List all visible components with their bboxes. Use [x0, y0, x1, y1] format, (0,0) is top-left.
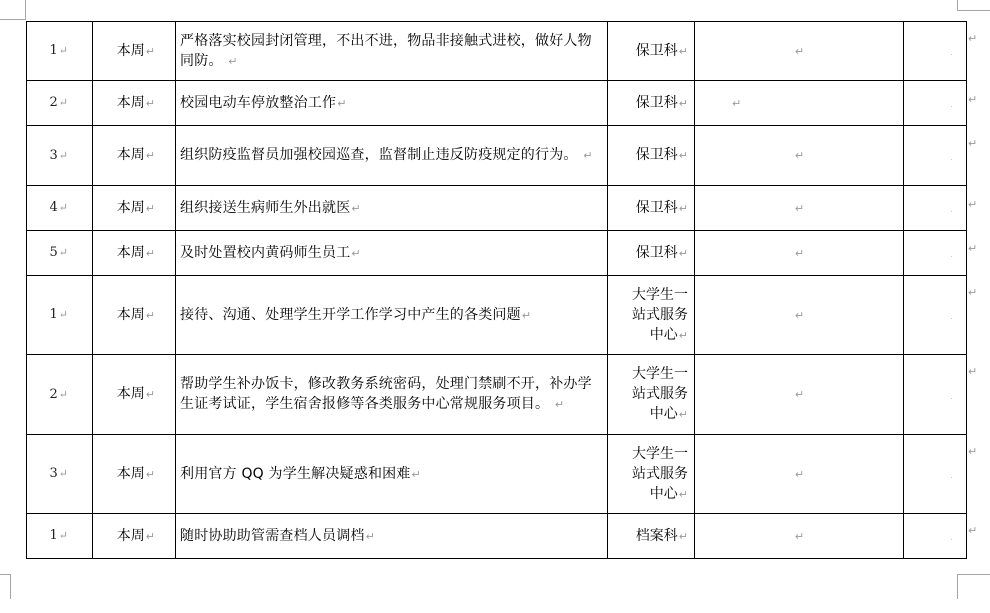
- paragraph-mark-icon: ↵: [795, 149, 804, 162]
- time-cell[interactable]: 本周↵: [93, 81, 176, 126]
- page-corner-mark-bottom-right: [957, 574, 990, 599]
- note-cell[interactable]: ↵: [695, 355, 904, 435]
- paragraph-mark-icon: ↵: [351, 202, 360, 215]
- row-end-mark-icon: ↵: [968, 524, 977, 537]
- table-row: 3↵ 本周↵ 利用官方 QQ 为学生解决疑惑和困难↵ 大学生一 站式服务 中心↵…: [27, 435, 967, 514]
- paragraph-mark-icon: ↵: [679, 408, 688, 421]
- task-cell[interactable]: 校园电动车停放整治工作↵: [176, 81, 608, 126]
- row-end-mark-icon: ↵: [968, 137, 977, 150]
- time-cell[interactable]: 本周↵: [93, 186, 176, 231]
- extra-cell[interactable]: [904, 186, 967, 231]
- paragraph-mark-icon: ↵: [412, 468, 421, 481]
- space-mark-icon: [951, 256, 952, 257]
- note-cell[interactable]: ↵: [695, 81, 904, 126]
- paragraph-mark-icon: ↵: [795, 530, 804, 543]
- row-end-mark-icon: ↵: [968, 365, 977, 378]
- task-cell[interactable]: 及时处置校内黄码师生员工↵: [176, 231, 608, 276]
- paragraph-mark-icon: ↵: [146, 97, 155, 110]
- paragraph-mark-icon: ↵: [59, 467, 68, 480]
- extra-cell[interactable]: [904, 276, 967, 355]
- extra-cell[interactable]: [904, 81, 967, 126]
- row-number-cell[interactable]: 2↵: [27, 81, 93, 126]
- space-mark-icon: [951, 398, 952, 399]
- paragraph-mark-icon: ↵: [146, 309, 155, 322]
- work-plan-table: 1↵ 本周↵ 严格落实校园封闭管理，不出不进，物品非接触式进校，做好人物同防。 …: [26, 21, 967, 559]
- row-end-mark-icon: ↵: [968, 32, 977, 45]
- page-corner-mark-bottom-left: [0, 574, 11, 599]
- row-number-cell[interactable]: 1↵: [27, 514, 93, 559]
- paragraph-mark-icon: ↵: [679, 149, 688, 162]
- department-cell[interactable]: 大学生一 站式服务 中心↵: [608, 355, 695, 435]
- row-number-cell[interactable]: 3↵: [27, 435, 93, 514]
- paragraph-mark-icon: ↵: [59, 44, 68, 57]
- paragraph-mark-icon: ↵: [59, 149, 68, 162]
- paragraph-mark-icon: ↵: [337, 97, 346, 110]
- time-cell[interactable]: 本周↵: [93, 22, 176, 81]
- row-end-mark-icon: ↵: [968, 93, 977, 106]
- row-end-mark-icon: ↵: [968, 445, 977, 458]
- paragraph-mark-icon: ↵: [59, 308, 68, 321]
- row-end-mark-icon: ↵: [968, 286, 977, 299]
- row-end-mark-icon: ↵: [968, 242, 977, 255]
- paragraph-mark-icon: ↵: [795, 388, 804, 401]
- task-cell[interactable]: 利用官方 QQ 为学生解决疑惑和困难↵: [176, 435, 608, 514]
- note-cell[interactable]: ↵: [695, 186, 904, 231]
- department-cell[interactable]: 大学生一 站式服务 中心↵: [608, 435, 695, 514]
- extra-cell[interactable]: [904, 355, 967, 435]
- paragraph-mark-icon: ↵: [146, 468, 155, 481]
- space-mark-icon: [951, 106, 952, 107]
- department-cell[interactable]: 保卫科↵: [608, 186, 695, 231]
- space-mark-icon: [951, 477, 952, 478]
- paragraph-mark-icon: ↵: [679, 202, 688, 215]
- row-end-mark-icon: ↵: [968, 198, 977, 211]
- table-row: 3↵ 本周↵ 组织防疫监督员加强校园巡查，监督制止违反防疫规定的行为。 ↵ 保卫…: [27, 126, 967, 186]
- row-number-cell[interactable]: 2↵: [27, 355, 93, 435]
- paragraph-mark-icon: ↵: [59, 388, 68, 401]
- page-corner-mark-top-left: [0, 0, 26, 20]
- paragraph-mark-icon: ↵: [679, 45, 688, 58]
- table-row: 5↵ 本周↵ 及时处置校内黄码师生员工↵ 保卫科↵ ↵: [27, 231, 967, 276]
- paragraph-mark-icon: ↵: [679, 97, 688, 110]
- table-row: 2↵ 本周↵ 校园电动车停放整治工作↵ 保卫科↵ ↵: [27, 81, 967, 126]
- task-cell[interactable]: 严格落实校园封闭管理，不出不进，物品非接触式进校，做好人物同防。 ↵: [176, 22, 608, 81]
- paragraph-mark-icon: ↵: [146, 247, 155, 260]
- paragraph-mark-icon: ↵: [228, 55, 237, 68]
- paragraph-mark-icon: ↵: [732, 97, 741, 110]
- task-cell[interactable]: 组织接送生病师生外出就医↵: [176, 186, 608, 231]
- table-row: 1↵ 本周↵ 严格落实校园封闭管理，不出不进，物品非接触式进校，做好人物同防。 …: [27, 22, 967, 81]
- row-number-cell[interactable]: 1↵: [27, 276, 93, 355]
- department-cell[interactable]: 档案科↵: [608, 514, 695, 559]
- table-row: 1↵ 本周↵ 接待、沟通、处理学生开学工作学习中产生的各类问题↵ 大学生一 站式…: [27, 276, 967, 355]
- task-cell[interactable]: 接待、沟通、处理学生开学工作学习中产生的各类问题↵: [176, 276, 608, 355]
- paragraph-mark-icon: ↵: [795, 45, 804, 58]
- space-mark-icon: [951, 54, 952, 55]
- paragraph-mark-icon: ↵: [679, 488, 688, 501]
- task-cell[interactable]: 组织防疫监督员加强校园巡查，监督制止违反防疫规定的行为。 ↵: [176, 126, 608, 186]
- note-cell[interactable]: ↵: [695, 126, 904, 186]
- space-mark-icon: [951, 159, 952, 160]
- paragraph-mark-icon: ↵: [795, 309, 804, 322]
- row-number-cell[interactable]: 4↵: [27, 186, 93, 231]
- paragraph-mark-icon: ↵: [679, 530, 688, 543]
- paragraph-mark-icon: ↵: [351, 247, 360, 260]
- paragraph-mark-icon: ↵: [679, 247, 688, 260]
- time-cell[interactable]: 本周↵: [93, 435, 176, 514]
- paragraph-mark-icon: ↵: [59, 201, 68, 214]
- extra-cell[interactable]: [904, 514, 967, 559]
- department-cell[interactable]: 保卫科↵: [608, 81, 695, 126]
- table-row: 1↵ 本周↵ 随时协助助管需查档人员调档↵ 档案科↵ ↵: [27, 514, 967, 559]
- time-cell[interactable]: 本周↵: [93, 514, 176, 559]
- note-cell[interactable]: ↵: [695, 514, 904, 559]
- extra-cell[interactable]: [904, 126, 967, 186]
- paragraph-mark-icon: ↵: [59, 529, 68, 542]
- paragraph-mark-icon: ↵: [59, 246, 68, 259]
- time-cell[interactable]: 本周↵: [93, 126, 176, 186]
- task-cell[interactable]: 帮助学生补办饭卡，修改教务系统密码，处理门禁刷不开，补办学生证考试证，学生宿舍报…: [176, 355, 608, 435]
- department-cell[interactable]: 大学生一 站式服务 中心↵: [608, 276, 695, 355]
- space-mark-icon: [951, 211, 952, 212]
- paragraph-mark-icon: ↵: [146, 202, 155, 215]
- time-cell[interactable]: 本周↵: [93, 276, 176, 355]
- paragraph-mark-icon: ↵: [366, 530, 375, 543]
- extra-cell[interactable]: [904, 22, 967, 81]
- note-cell[interactable]: ↵: [695, 276, 904, 355]
- department-cell[interactable]: 保卫科↵: [608, 22, 695, 81]
- row-number-cell[interactable]: 1↵: [27, 22, 93, 81]
- paragraph-mark-icon: ↵: [59, 96, 68, 109]
- table-row: 4↵ 本周↵ 组织接送生病师生外出就医↵ 保卫科↵ ↵: [27, 186, 967, 231]
- page-corner-mark-top-right: [957, 0, 990, 11]
- department-cell[interactable]: 保卫科↵: [608, 231, 695, 276]
- paragraph-mark-icon: ↵: [146, 388, 155, 401]
- paragraph-mark-icon: ↵: [583, 149, 592, 162]
- space-mark-icon: [951, 318, 952, 319]
- paragraph-mark-icon: ↵: [146, 530, 155, 543]
- extra-cell[interactable]: [904, 231, 967, 276]
- paragraph-mark-icon: ↵: [679, 329, 688, 342]
- row-number-cell[interactable]: 5↵: [27, 231, 93, 276]
- time-cell[interactable]: 本周↵: [93, 355, 176, 435]
- paragraph-mark-icon: ↵: [522, 309, 531, 322]
- task-cell[interactable]: 随时协助助管需查档人员调档↵: [176, 514, 608, 559]
- row-number-cell[interactable]: 3↵: [27, 126, 93, 186]
- paragraph-mark-icon: ↵: [146, 45, 155, 58]
- paragraph-mark-icon: ↵: [795, 247, 804, 260]
- table-row: 2↵ 本周↵ 帮助学生补办饭卡，修改教务系统密码，处理门禁刷不开，补办学生证考试…: [27, 355, 967, 435]
- department-cell[interactable]: 保卫科↵: [608, 126, 695, 186]
- time-cell[interactable]: 本周↵: [93, 231, 176, 276]
- extra-cell[interactable]: [904, 435, 967, 514]
- paragraph-mark-icon: ↵: [795, 468, 804, 481]
- note-cell[interactable]: ↵: [695, 435, 904, 514]
- paragraph-mark-icon: ↵: [555, 398, 564, 411]
- paragraph-mark-icon: ↵: [795, 202, 804, 215]
- note-cell[interactable]: ↵: [695, 22, 904, 81]
- space-mark-icon: [951, 539, 952, 540]
- paragraph-mark-icon: ↵: [146, 149, 155, 162]
- note-cell[interactable]: ↵: [695, 231, 904, 276]
